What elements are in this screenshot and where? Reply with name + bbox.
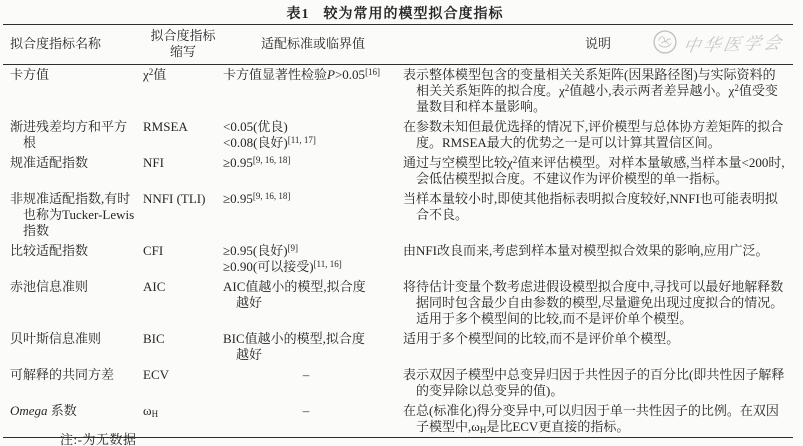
criteria-line: ≥0.95[9, 16, 18]	[223, 155, 397, 171]
description-text: 表示整体模型包含的变量相关关系矩阵(因果路径图)与实际资料的相关关系矩阵的拟合度…	[403, 67, 787, 115]
cell-index-abbreviation: χ2值	[143, 65, 223, 118]
table-row: 卡方值χ2值卡方值显著性检验P>0.05[16]表示整体模型包含的变量相关关系矩…	[3, 65, 793, 118]
caption-label: 表1	[287, 7, 310, 22]
cell-fit-criteria: AIC值越小的模型,拟合度越好	[223, 277, 403, 329]
description-text: 适用于多个模型间的比较,而不是评价单个模型。	[403, 331, 787, 347]
column-header-criteria: 适配标准或临界值	[223, 25, 403, 65]
scanned-paper-page: 表1较为常用的模型拟合度指标 中华医学会 拟合度指标名称 拟合度指标 缩写 适配…	[0, 0, 803, 446]
table-row: 可解释的共同方差ECV–表示双因子模型中总变异归因于共性因子的百分比(即共性因子…	[3, 365, 793, 401]
cell-fit-criteria: ≥0.95[9, 16, 18]	[223, 189, 403, 241]
criteria-line: –	[223, 367, 389, 383]
cell-index-name: 贝叶斯信息准则	[3, 329, 143, 365]
table-header: 拟合度指标名称 拟合度指标 缩写 适配标准或临界值 说明	[3, 25, 793, 65]
index-name-text: 比较适配指数	[10, 243, 137, 259]
cell-index-abbreviation: AIC	[143, 277, 223, 329]
description-text: 由NFI改良而来,考虑到样本量对模型拟合效果的影响,应用广泛。	[403, 243, 787, 259]
cell-fit-criteria: 卡方值显著性检验P>0.05[16]	[223, 65, 403, 118]
criteria-line: 越好	[223, 347, 397, 363]
description-text: 在参数未知但最优选择的情况下,评价模型与总体协方差矩阵的拟合度。RMSEA最大的…	[403, 119, 787, 151]
criteria-line: ≥0.90(可以接受)[11, 16]	[223, 259, 397, 275]
cell-index-name: 卡方值	[3, 65, 143, 118]
cell-fit-criteria: BIC值越小的模型,拟合度越好	[223, 329, 403, 365]
criteria-line: –	[223, 403, 389, 419]
index-name-text: 规准适配指数	[10, 155, 137, 171]
table-row: 非规准适配指数,有时也称为Tucker-Lewis指数NNFI (TLI)≥0.…	[3, 189, 793, 241]
cell-description: 通过与空模型比较χ2值来评估模型。对样本量敏感,当样本量<200时,会低估模型拟…	[403, 153, 793, 189]
cell-fit-criteria: <0.05(优良)<0.08(良好)[11, 17]	[223, 117, 403, 153]
criteria-line: ≥0.95(良好)[9]	[223, 243, 397, 259]
criteria-line: 卡方值显著性检验P>0.05[16]	[223, 67, 397, 83]
table-row: 比较适配指数CFI≥0.95(良好)[9]≥0.90(可以接受)[11, 16]…	[3, 241, 793, 277]
cell-fit-criteria: –	[223, 365, 403, 401]
index-name-text: 赤池信息准则	[10, 279, 137, 295]
column-header-abbr: 拟合度指标 缩写	[143, 25, 223, 65]
cell-description: 在总(标准化)得分变异中,可以归因于单一共性因子的比例。在双因子模型中,ωH是比…	[403, 401, 793, 438]
cell-index-name: 比较适配指数	[3, 241, 143, 277]
table-row: 贝叶斯信息准则BICBIC值越小的模型,拟合度越好适用于多个模型间的比较,而不是…	[3, 329, 793, 365]
cell-index-name: 赤池信息准则	[3, 277, 143, 329]
index-name-text: 可解释的共同方差	[10, 367, 137, 383]
column-header-description: 说明	[403, 25, 793, 65]
column-header-name: 拟合度指标名称	[3, 25, 143, 65]
caption-title: 较为常用的模型拟合度指标	[324, 7, 504, 22]
table-row: 渐进残差均方和平方根RMSEA<0.05(优良)<0.08(良好)[11, 17…	[3, 117, 793, 153]
cell-description: 由NFI改良而来,考虑到样本量对模型拟合效果的影响,应用广泛。	[403, 241, 793, 277]
cell-index-abbreviation: NFI	[143, 153, 223, 189]
criteria-line: <0.05(优良)	[223, 119, 397, 135]
cell-description: 表示整体模型包含的变量相关关系矩阵(因果路径图)与实际资料的相关关系矩阵的拟合度…	[403, 65, 793, 118]
criteria-line: <0.08(良好)[11, 17]	[223, 135, 397, 151]
description-text: 在总(标准化)得分变异中,可以归因于单一共性因子的比例。在双因子模型中,ωH是比…	[403, 403, 787, 435]
cell-index-name: 可解释的共同方差	[3, 365, 143, 401]
cell-description: 将待估计变量个数考虑进假设模型拟合度中,寻找可以最好地解释数据同时包含最少自由参…	[403, 277, 793, 329]
cell-index-abbreviation: CFI	[143, 241, 223, 277]
criteria-line: AIC值越小的模型,拟合度	[223, 279, 397, 295]
cell-description: 在参数未知但最优选择的情况下,评价模型与总体协方差矩阵的拟合度。RMSEA最大的…	[403, 117, 793, 153]
criteria-line: 越好	[223, 295, 397, 311]
table-row: 规准适配指数NFI≥0.95[9, 16, 18]通过与空模型比较χ2值来评估模…	[3, 153, 793, 189]
index-name-text: 渐进残差均方和平方根	[10, 119, 137, 151]
cell-index-name: 规准适配指数	[3, 153, 143, 189]
table-caption: 表1较为常用的模型拟合度指标	[0, 3, 790, 23]
description-text: 通过与空模型比较χ2值来评估模型。对样本量敏感,当样本量<200时,会低估模型拟…	[403, 155, 787, 187]
fit-table-body: 卡方值χ2值卡方值显著性检验P>0.05[16]表示整体模型包含的变量相关关系矩…	[3, 65, 793, 438]
description-text: 表示双因子模型中总变异归因于共性因子的百分比(即共性因子解释的变异除以总变异的值…	[403, 367, 787, 399]
cell-index-abbreviation: BIC	[143, 329, 223, 365]
cell-fit-criteria: ≥0.95(良好)[9]≥0.90(可以接受)[11, 16]	[223, 241, 403, 277]
description-text: 当样本量较小时,即使其他指标表明拟合度较好,NNFI也可能表明拟合不良。	[403, 191, 787, 223]
cell-index-name: 渐进残差均方和平方根	[3, 117, 143, 153]
cell-index-abbreviation: ωH	[143, 401, 223, 438]
index-name-text: 贝叶斯信息准则	[10, 331, 137, 347]
criteria-line: BIC值越小的模型,拟合度	[223, 331, 397, 347]
index-name-text: Omega 系数	[10, 403, 137, 419]
table-row: 赤池信息准则AICAIC值越小的模型,拟合度越好将待估计变量个数考虑进假设模型拟…	[3, 277, 793, 329]
description-text: 将待估计变量个数考虑进假设模型拟合度中,寻找可以最好地解释数据同时包含最少自由参…	[403, 279, 787, 327]
index-name-text: 卡方值	[10, 67, 137, 83]
cell-index-abbreviation: NNFI (TLI)	[143, 189, 223, 241]
cell-description: 适用于多个模型间的比较,而不是评价单个模型。	[403, 329, 793, 365]
cell-index-name: 非规准适配指数,有时也称为Tucker-Lewis指数	[3, 189, 143, 241]
cell-fit-criteria: –	[223, 401, 403, 438]
fit-indices-table: 拟合度指标名称 拟合度指标 缩写 适配标准或临界值 说明 卡方值χ2值卡方值显著…	[3, 24, 793, 438]
cell-description: 当样本量较小时,即使其他指标表明拟合度较好,NNFI也可能表明拟合不良。	[403, 189, 793, 241]
index-name-text: 非规准适配指数,有时也称为Tucker-Lewis指数	[10, 191, 137, 239]
cell-index-abbreviation: ECV	[143, 365, 223, 401]
criteria-line: ≥0.95[9, 16, 18]	[223, 191, 397, 207]
cell-description: 表示双因子模型中总变异归因于共性因子的百分比(即共性因子解释的变异除以总变异的值…	[403, 365, 793, 401]
table-footnote: 注:-为无数据	[60, 429, 136, 446]
cell-index-abbreviation: RMSEA	[143, 117, 223, 153]
cell-fit-criteria: ≥0.95[9, 16, 18]	[223, 153, 403, 189]
header-row: 拟合度指标名称 拟合度指标 缩写 适配标准或临界值 说明	[3, 25, 793, 65]
